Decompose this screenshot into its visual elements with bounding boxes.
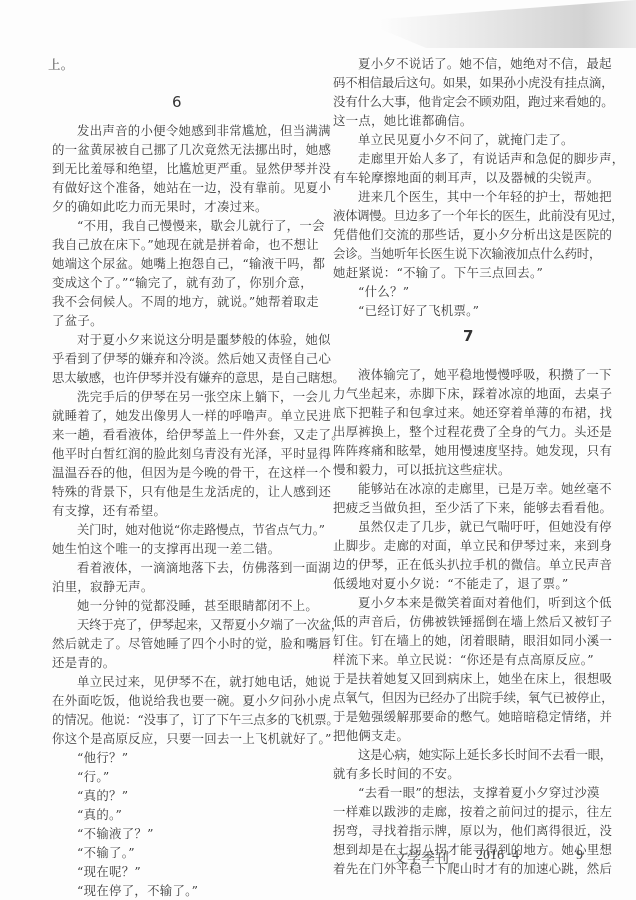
paragraph-line: 他平时白皙红润的脸此刻乌青没有光泽，平时显得: [52, 447, 331, 461]
paragraph-line: 夏小夕本来是微笑着面对着他们，听到这个低: [358, 596, 612, 610]
paragraph-line: 点氧气，但因为已经办了出院手续，氧气已被停止，: [333, 691, 613, 705]
paragraph-line: 这一点，她比谁都确信。: [333, 114, 473, 128]
paragraph-line: 关门时，她对他说“你走路慢点，节省点气力。”: [77, 523, 325, 537]
dialogue-line: “什么？”: [358, 285, 409, 299]
section-number-7: 7: [463, 327, 473, 345]
scan-shadow: [380, 0, 636, 48]
paragraph-line: 会诊。当她听年长医生说下次输液加点什么药时，: [333, 247, 601, 261]
paragraph-line: 凭借他们交流的那些话，夏小夕分析出这是医院的: [333, 228, 612, 242]
paragraph-line: 来一趟，看看液体，给伊琴盖上一件外套，又走了。: [52, 428, 344, 442]
paragraph-line: 把疲乏当做负担，至少活了下来，能够去看看他。: [333, 501, 612, 515]
paragraph-line: 低的声音后，仿佛被铁锤摇倒在墙上然后又被钉子: [333, 615, 612, 629]
paragraph-line: 于是扶着她复又回到病床上，她坐在床上，很想吸: [333, 672, 612, 686]
paragraph-line: 进来几个医生，其中一个年轻的护士，帮她把: [358, 190, 612, 204]
paragraph-line: 出厚裤换上，整个过程花费了全身的气力。头还是: [333, 425, 612, 439]
paragraph-line: 的一盆黄尿被自己挪了几次竟然无法挪出时，她感: [52, 143, 331, 157]
paragraph-line: 就睡着了，她发出像男人一样的呼噜声。单立民进: [52, 409, 331, 423]
paragraph-line: 虽然仅走了几步，就已气喘吁吁，但她没有停: [358, 520, 612, 534]
paragraph-line: 有车轮摩擦地面的刺耳声，以及器械的尖锐声。: [333, 171, 600, 185]
dialogue-line: “真的？”: [77, 789, 128, 803]
paragraph-line: 力气坐起来，赤脚下床，踩着冰凉的地面，去桌子: [333, 387, 612, 401]
paragraph-line: 底下把鞋子和包拿过来。她还穿着单薄的布裙，找: [333, 406, 612, 420]
paragraph-line: 边的伊琴，正在低头扒拉手机的微信。单立民声音: [333, 558, 612, 572]
paragraph-line: 还是青的。: [52, 656, 115, 670]
dialogue-line: “现在呢？”: [77, 865, 141, 879]
paragraph-line: 变成这个了。”“输完了，就有劲了，你别介意，: [52, 276, 313, 290]
paragraph-line: 样流下来。单立民说：“你还是有点高原反应。”: [333, 653, 594, 667]
section-number-6: 6: [172, 93, 182, 111]
paragraph-line: 有做好这个准备，她站在一边，没有靠前。见夏小: [52, 181, 331, 195]
paragraph-line: 夕的确如此吃力而无果时，才凑过来。: [52, 200, 268, 214]
paragraph-line: 拐弯，寻找着指示牌，原以为，他们离得很近，没: [333, 824, 612, 838]
paragraph-line: 你这个是高原反应，只要一回去一上飞机就好了。”: [52, 732, 332, 746]
paragraph-line: 慢和毅力，可以抵抗这些症状。: [333, 463, 511, 477]
paragraph-line: 液体调慢。旦边多了一个年长的医生，此前没有见过，: [333, 209, 623, 223]
paragraph-line: 天终于亮了，伊琴起来，又帮夏小夕端了一次盆，: [77, 618, 343, 632]
paragraph-line: 在外面吃饭，他说给我也要一碗。夏小夕问孙小虎: [52, 694, 331, 708]
dialogue-line: “他行？”: [77, 751, 128, 765]
paragraph-line: 她端这个尿盆。她嘴上抱怨自己，“输液干吗，都: [52, 257, 325, 271]
paragraph-line: 温温吞吞的他，但因为是今晚的骨干，在这样一个: [52, 466, 331, 480]
top-fragment: 上。: [48, 58, 73, 72]
paragraph-line: 走廊里开始人多了，有说话声和急促的脚步声，: [358, 152, 625, 166]
dialogue-line: “已经订好了飞机票。”: [358, 304, 479, 318]
paragraph-line: 洗完手后的伊琴在另一张空床上躺下，一会儿: [77, 390, 331, 404]
paragraph-line: 对于夏小夕来说这分明是噩梦般的体验，她似: [77, 333, 331, 347]
paragraph-line: 钉住。钉在墙上的她，闭着眼睛，眼泪如同小溪一: [333, 634, 612, 648]
dialogue-line: “现在停了，不输了。”: [77, 884, 198, 898]
dialogue-line: “真的。”: [77, 808, 122, 822]
paragraph-line: 乎看到了伊琴的嫌弃和冷淡。然后她又责怪自己心: [52, 352, 331, 366]
paragraph-line: 发出声音的小便令她感到非常尴尬，但当满满: [77, 124, 331, 138]
paragraph-line: 低缓地对夏小夕说：“不能走了，退了票。”: [333, 577, 569, 591]
paragraph-line: 思太敏感，也许伊琴并没有嫌弃的意思，是自己瞎想。: [52, 371, 345, 385]
footer-page-number: 9: [576, 848, 583, 864]
paragraph-line: 我不会伺候人。不周的地方，就说。”她帮着取走: [52, 295, 319, 309]
paragraph-line: 的情况。他说：“没事了，订了下午三点多的飞机票。: [52, 713, 339, 727]
dialogue-line: “不输了。”: [77, 846, 135, 860]
paragraph-line: “不用，我自己慢慢来，歇会儿就行了，一会: [77, 219, 325, 233]
paragraph-line: 液体输完了，她平稳地慢慢呼吸，积攒了一下: [358, 368, 612, 382]
paragraph-line: 想到却是在七拐八拐才能寻得到的地方。她心里想: [333, 843, 612, 857]
paragraph-line: 单立民见夏小夕不问了，就掩门走了。: [358, 133, 574, 147]
paragraph-line: 夏小夕不说话了。她不信，她绝对不信，最起: [358, 57, 612, 71]
dialogue-line: “行。”: [77, 770, 109, 784]
footer-journal-title: 文学季刊: [393, 848, 449, 868]
paragraph-line: 码不相信最后这句。如果，如果孙小虎没有挂点滴，: [333, 76, 613, 90]
paragraph-line: 能够站在冰凉的走廊里，已是万幸。她丝毫不: [358, 482, 612, 496]
paragraph-line: 阵阵疼痛和眩晕，她用慢速度坚持。她发现，只有: [333, 444, 612, 458]
paragraph-line: 泊里，寂静无声。: [52, 580, 154, 594]
paragraph-line: 到无比羞辱和绝望，比尴尬更严重。显然伊琴并没: [52, 162, 331, 176]
paragraph-line: 了盆子。: [52, 314, 103, 328]
paragraph-line: 这是心病，她实际上延长多长时间不去看一眼，: [358, 748, 612, 762]
paragraph-line: 她一分钟的觉都没睡，甚至眼睛都闭不上。: [77, 599, 318, 613]
paragraph-line: 单立民过来，见伊琴不在，就打她电话，她说: [77, 675, 331, 689]
paragraph-line: 没有什么大事，他肯定会不顾劝阻，跑过来看她的。: [333, 95, 613, 109]
paragraph-line: 我自己放在床下。”她现在就是拼着命，也不想让: [52, 238, 319, 252]
paragraph-line: 一样难以跋涉的走廊，按着之前问过的提示，往左: [333, 805, 612, 819]
paragraph-line: 把他俩支走。: [333, 729, 409, 743]
paragraph-line: 特殊的背景下，只有他是生龙活虎的，让人感到还: [52, 485, 331, 499]
paragraph-line: 看着液体，一滴滴地落下去，仿佛落到一面湖: [77, 561, 331, 575]
paragraph-line: 她生怕这个唯一的支撑再出现一差二错。: [52, 542, 280, 556]
paragraph-line: 有支撑，还有希望。: [52, 504, 166, 518]
paragraph-line: 着先在门外平稳一下爬山时才有的加速心跳，然后: [333, 862, 612, 876]
footer-issue: 2016 ·4: [476, 848, 519, 864]
paragraph-line: 止脚步。走廊的对面，单立民和伊琴过来，来到身: [333, 539, 612, 553]
dialogue-line: “不输液了？”: [77, 827, 154, 841]
paragraph-line: 于是勉强缓解那要命的憋气。她暗暗稳定情绪，并: [333, 710, 612, 724]
paragraph-line: 她赶紧说：“不输了。下午三点回去。”: [333, 266, 543, 280]
paragraph-line: 然后就走了。尽管她睡了四个小时的觉，脸和嘴唇: [52, 637, 331, 651]
paragraph-line: 就有多长时间的不安。: [333, 767, 460, 781]
paragraph-line: “去看一眼”的想法，支撑着夏小夕穿过沙漠: [358, 786, 600, 800]
